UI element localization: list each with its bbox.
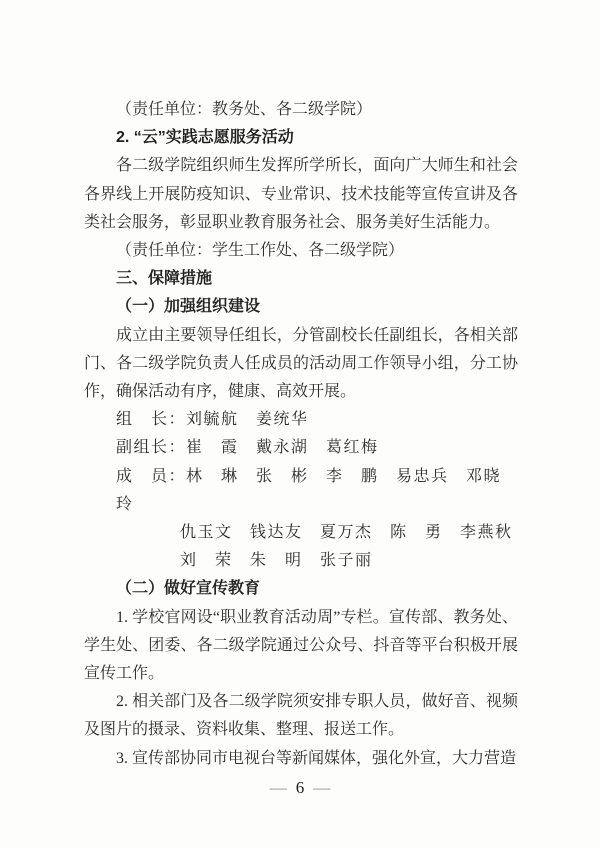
roster-leader-line: 组 长：刘毓航 姜统华 [84,406,518,434]
heading-activity-2: 2. “云”实践志愿服务活动 [84,124,518,152]
paragraph-line: 成立由主要领导任组长，分管副校长任副组长，各相关部 [84,322,518,350]
paragraph-line: 1. 学校官网设“职业教育活动周”专栏。宣传部、教务处、 [84,604,518,632]
paragraph-line: 作，确保活动有序，健康、高效开展。 [84,378,518,406]
section-heading: 三、保障措施 [84,265,518,293]
roster-deputy-line: 副组长：崔 霞 戴永湖 葛红梅 [84,434,518,462]
roster-members-line: 成 员：林 琳 张 彬 李 鹏 易忠兵 邓晓玲 [84,463,518,519]
paragraph-line: 学生处、团委、各二级学院通过公众号、抖音等平台积极开展 [84,632,518,660]
document-page: （责任单位：教务处、各二级学院）2. “云”实践志愿服务活动各二级学院组织师生发… [0,0,600,848]
paragraph-line: 2. 相关部门及各二级学院须安排专职人员，做好音、视频 [84,688,518,716]
paragraph-line: 宣传工作。 [84,660,518,688]
responsibility-unit-line: （责任单位：教务处、各二级学院） [84,96,518,124]
document-body: （责任单位：教务处、各二级学院）2. “云”实践志愿服务活动各二级学院组织师生发… [84,96,518,773]
roster-members-line: 刘 荣 朱 明 张子丽 [84,547,518,575]
paragraph-line: 3. 宣传部协同市电视台等新闻媒体，强化外宣，大力营造 [84,745,518,773]
subsection-heading: （一）加强组织建设 [84,293,518,321]
page-number: 6 [296,778,305,797]
footer-dash-left: — [270,778,287,797]
responsibility-unit-line: （责任单位：学生工作处、各二级学院） [84,237,518,265]
paragraph-line: 各二级学院组织师生发挥所学所长，面向广大师生和社会 [84,152,518,180]
paragraph-line: 类社会服务，彰显职业教育服务社会、服务美好生活能力。 [84,209,518,237]
paragraph-line: 门、各二级学院负责人任成员的活动周工作领导小组，分工协 [84,350,518,378]
roster-members-line: 仇玉文 钱达友 夏万杰 陈 勇 李燕秋 [84,519,518,547]
footer-dash-right: — [313,778,330,797]
paragraph-line: 各界线上开展防疫知识、专业常识、技术技能等宣传宣讲及各 [84,181,518,209]
page-footer: —6— [0,777,600,799]
paragraph-line: 及图片的摄录、资料收集、整理、报送工作。 [84,716,518,744]
subsection-heading: （二）做好宣传教育 [84,575,518,603]
